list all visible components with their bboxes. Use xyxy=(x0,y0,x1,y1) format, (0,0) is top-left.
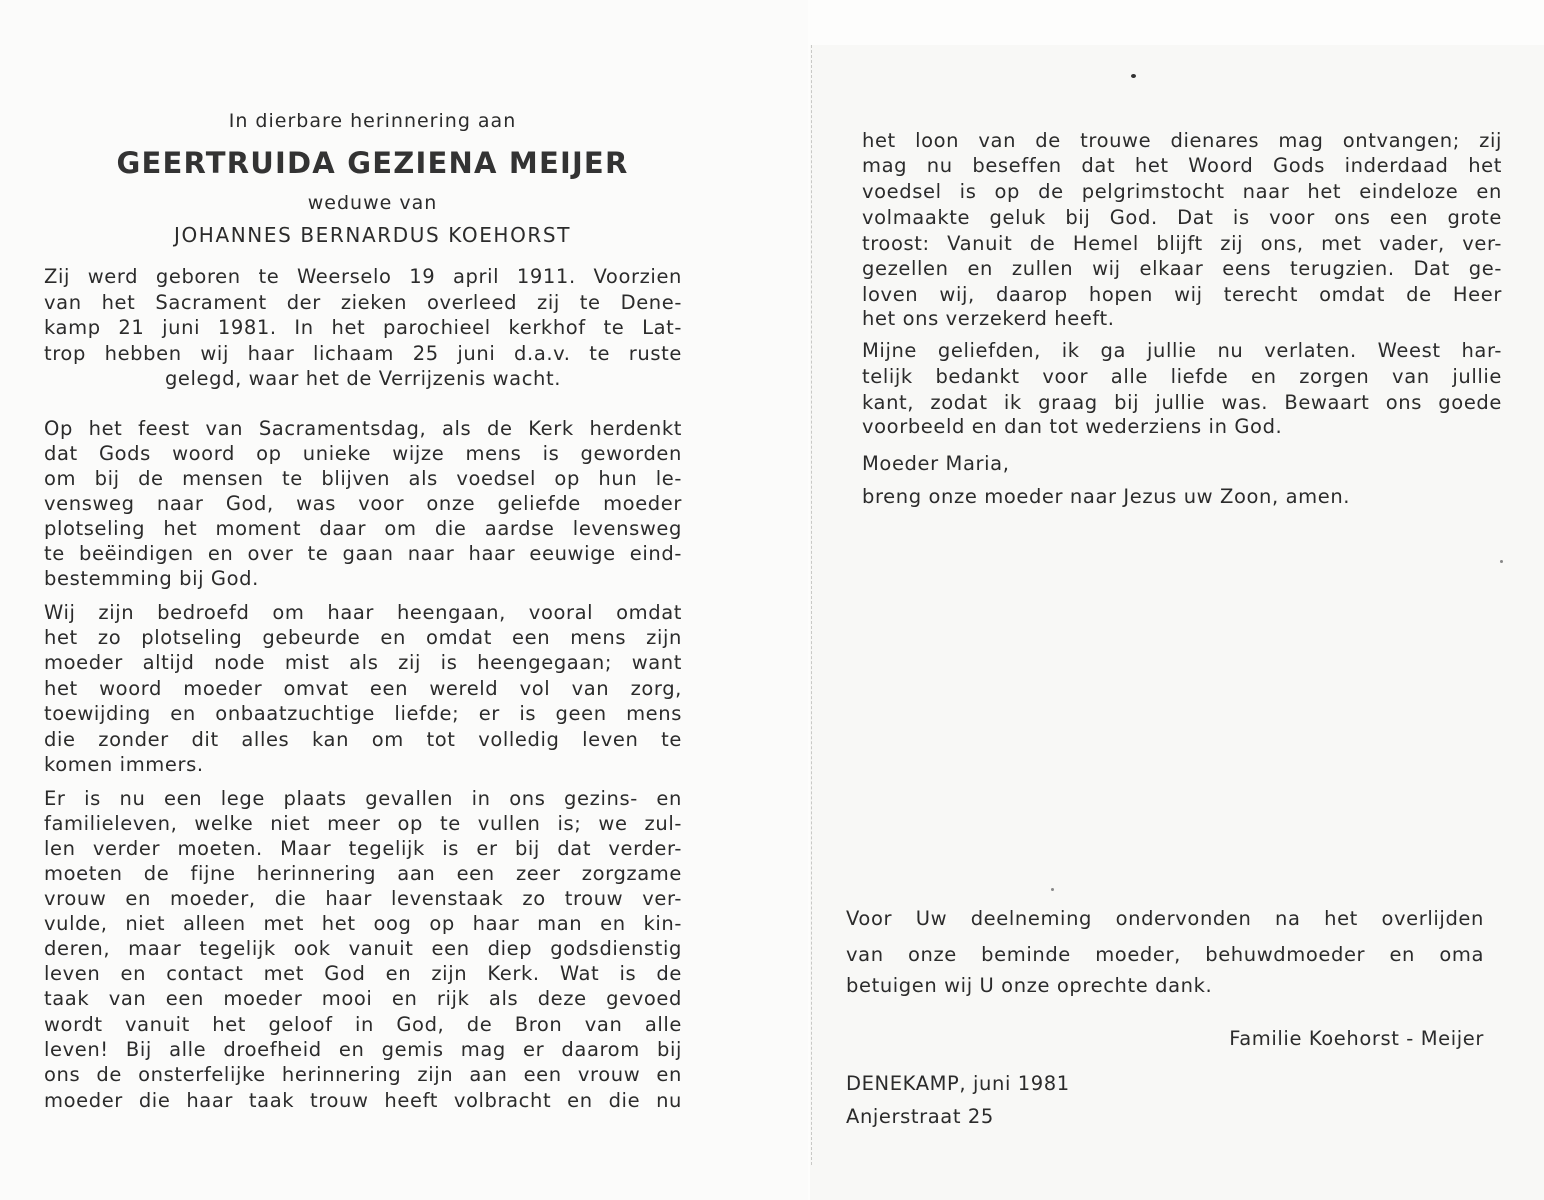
paragraph-3-line: leven! Bij alle droefheid en gemis mag e… xyxy=(44,1037,682,1063)
ink-speck xyxy=(1131,74,1136,78)
intro-text: In dierbare herinnering aan xyxy=(40,108,705,134)
paragraph-3-line: deren, maar tegelijk ook vanuit een diep… xyxy=(44,936,682,962)
right-paragraph-1-line: gezellen en zullen wij elkaar eens terug… xyxy=(862,256,1502,282)
deceased-name: GEERTRUIDA GEZIENA MEIJER xyxy=(40,143,705,183)
paragraph-1-line: vensweg naar God, was voor onze geliefde… xyxy=(44,491,682,517)
right-paragraph-1-line: het ons verzekerd heeft. xyxy=(862,306,1502,332)
right-paragraph-1-line: troost: Vanuit de Hemel blijft zij ons, … xyxy=(862,231,1502,257)
fold-line xyxy=(811,45,812,1165)
thanks-line: van onze beminde moeder, behuwdmoeder en… xyxy=(846,942,1484,968)
spouse-name: JOHANNES BERNARDUS KOEHORST xyxy=(40,222,705,248)
paragraph-3-line: len verder moeten. Maar tegelijk is er b… xyxy=(44,836,682,862)
family-signature: Familie Koehorst - Meijer xyxy=(846,1026,1484,1052)
paragraph-3-line: familieleven, welke niet meer op te vull… xyxy=(44,811,682,837)
place-date: DENEKAMP, juni 1981 xyxy=(846,1071,1484,1097)
paragraph-2-line: Wij zijn bedroefd om haar heengaan, voor… xyxy=(44,600,682,626)
ink-speck xyxy=(1500,560,1503,563)
right-paragraph-2-line: kant, zodat ik graag bij jullie was. Bew… xyxy=(862,390,1502,416)
right-paragraph-1-line: mag nu beseffen dat het Woord Gods inder… xyxy=(862,153,1502,179)
thanks-line: Voor Uw deelneming ondervonden na het ov… xyxy=(846,906,1484,932)
paragraph-3-line: Er is nu een lege plaats gevallen in ons… xyxy=(44,786,682,812)
right-paragraph-2-line: voorbeeld en dan tot wederziens in God. xyxy=(862,414,1502,440)
paragraph-2-line: het woord moeder omvat een wereld vol va… xyxy=(44,676,682,702)
right-paragraph-1-line: het loon van de trouwe dienares mag ontv… xyxy=(862,128,1502,154)
biography-line: trop hebben wij haar lichaam 25 juni d.a… xyxy=(44,341,682,367)
paragraph-1-line: dat Gods woord op unieke wijze mens is g… xyxy=(44,441,682,467)
home-address: Anjerstraat 25 xyxy=(846,1104,1484,1130)
thanks-line: betuigen wij U onze oprechte dank. xyxy=(846,973,1484,999)
prayer-text: breng onze moeder naar Jezus uw Zoon, am… xyxy=(862,484,1502,510)
paragraph-1-line: plotseling het moment daar om die aardse… xyxy=(44,516,682,542)
scanned-memorial-card: In dierbare herinnering aan GEERTRUIDA G… xyxy=(0,0,1544,1200)
right-paragraph-1-line: volmaakte geluk bij God. Dat is voor ons… xyxy=(862,205,1502,231)
paragraph-1-line: bestemming bij God. xyxy=(44,566,682,592)
paragraph-3-line: moeten de fijne herinnering aan een zeer… xyxy=(44,861,682,887)
paragraph-1-line: te beëindigen en over te gaan naar haar … xyxy=(44,541,682,567)
paragraph-2-line: komen immers. xyxy=(44,752,682,778)
paragraph-2-line: het zo plotseling gebeurde en omdat een … xyxy=(44,625,682,651)
biography-line: Zij werd geboren te Weerselo 19 april 19… xyxy=(44,264,682,290)
paragraph-3-line: moeder die haar taak trouw heeft volbrac… xyxy=(44,1088,682,1114)
paragraph-3-line: leven en contact met God en zijn Kerk. W… xyxy=(44,961,682,987)
paragraph-1-line: Op het feest van Sacramentsdag, als de K… xyxy=(44,416,682,442)
left-panel: In dierbare herinnering aan GEERTRUIDA G… xyxy=(0,0,808,1200)
paragraph-2-line: moeder altijd node mist als zij is heeng… xyxy=(44,650,682,676)
paragraph-3-line: vrouw en moeder, die haar levenstaak zo … xyxy=(44,886,682,912)
biography-line: kamp 21 juni 1981. In het parochieel ker… xyxy=(44,315,682,341)
relation-text: weduwe van xyxy=(40,190,705,216)
right-paragraph-2-line: Mijne geliefden, ik ga jullie nu verlate… xyxy=(862,338,1502,364)
paragraph-1-line: om bij de mensen te blijven als voedsel … xyxy=(44,466,682,492)
biography-line: van het Sacrament der zieken overleed zi… xyxy=(44,290,682,316)
paragraph-2-line: toewijding en onbaatzuchtige liefde; er … xyxy=(44,701,682,727)
prayer-address: Moeder Maria, xyxy=(862,451,1502,477)
paragraph-3-line: wordt vanuit het geloof in God, de Bron … xyxy=(44,1012,682,1038)
right-paragraph-1-line: voedsel is op de pelgrimstocht naar het … xyxy=(862,179,1502,205)
right-paragraph-2-line: telijk bedankt voor alle liefde en zorge… xyxy=(862,364,1502,390)
biography-line: gelegd, waar het de Verrijzenis wacht. xyxy=(44,366,682,392)
paragraph-3-line: ons de onsterfelijke herinnering zijn aa… xyxy=(44,1062,682,1088)
right-paragraph-1-line: loven wij, daarop hopen wij terecht omda… xyxy=(862,282,1502,308)
ink-speck xyxy=(1051,888,1054,891)
paragraph-3-line: vulde, niet alleen met het oog op haar m… xyxy=(44,911,682,937)
paragraph-3-line: taak van een moeder mooi en rijk als dez… xyxy=(44,986,682,1012)
paragraph-2-line: die zonder dit alles kan om tot volledig… xyxy=(44,727,682,753)
